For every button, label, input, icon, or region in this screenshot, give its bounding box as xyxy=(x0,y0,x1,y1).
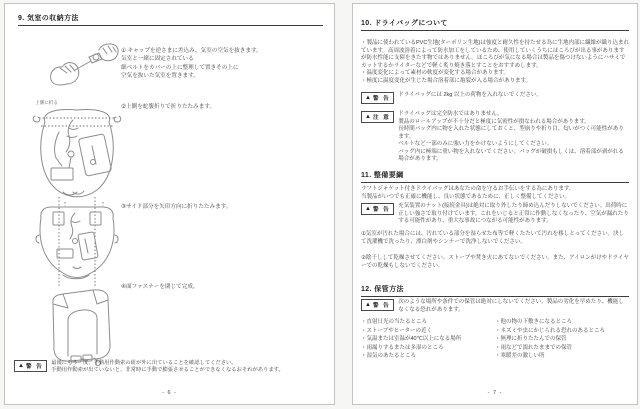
step-3-text: ③サイド部分を矢印方向に折りたたみます。 xyxy=(121,203,326,211)
storage-conditions-list: ・直射日光の当たるところ ・ストーブやヒーターの近く ・気温または室温が40℃以… xyxy=(361,318,629,361)
manual-spread: { "left_page": { "section9": { "title": … xyxy=(0,0,640,409)
section-9-title: 9. 気室の収納方法 xyxy=(18,13,323,26)
list-item: ・ネズミや虫にかじられる恐れのあるところ xyxy=(495,327,629,336)
drybag-weight-warning-text: ドライバッグには 2kg 以上の荷物を入れないでください。 xyxy=(398,92,542,100)
maintenance-item-1: ①気室が汚れた場合には、汚れている部分を湿らせた布等で軽くたたいて汚れを移しとっ… xyxy=(361,231,629,246)
list-item: ・直射日光の当たるところ xyxy=(361,318,495,327)
warning-badge: ▲ 警 告 xyxy=(14,360,47,372)
page-7: 10. ドライバッグについて ・製品に使われているPVC生地(ターポリン生地)は… xyxy=(352,3,638,405)
step-1-text: ① キャップを逆さまに差込み、気室の空気を抜きます。 気室と一緒に固定されている… xyxy=(121,47,326,81)
list-item: ・寒暖差の激しい所 xyxy=(495,352,629,361)
warning-triangle-icon: ▲ xyxy=(365,302,371,308)
warning-triangle-icon: ▲ xyxy=(365,114,371,120)
list-item: ・雨などで濡れたままでの保管 xyxy=(495,344,629,353)
section-11-title: 11. 整備要綱 xyxy=(361,170,629,183)
figure-folded-pouch-illustration xyxy=(41,284,117,371)
figure-deflate-valve-illustration xyxy=(47,42,121,97)
section-12-title: 12. 保管方法 xyxy=(361,284,629,297)
drybag-caution-text: ドライバッグは完全防水ではありません。 製品のロールアップが不十分だと極度に気密… xyxy=(398,111,629,164)
list-item: ・雨漏りするまたは多湿のところ xyxy=(361,344,495,353)
warning-badge: ▲ 警 告 xyxy=(361,203,394,215)
storage-list-left-column: ・直射日光の当たるところ ・ストーブやヒーターの近く ・気温または室温が40℃以… xyxy=(361,318,495,361)
page-6: 9. 気室の収納方法 ① キャップを逆さまに差込み、気室の空気を抜きます。 気室… xyxy=(4,3,335,405)
storage-warning: ▲ 警 告 次のような場所や条件での保管は絶対にしないでください。製品の劣化を早… xyxy=(361,299,629,314)
warning-badge-text: 警 告 xyxy=(26,362,43,370)
warning-badge-text: 警 告 xyxy=(373,301,390,309)
warning-badge-text: 警 告 xyxy=(373,205,390,213)
warning-badge-text: 警 告 xyxy=(373,94,390,102)
maintenance-intro: ラフトジャケット付きドライバッグはあなたの命を守るお手伝いをする為にあります。 … xyxy=(361,186,629,201)
final-check-warning: ▲ 警 告 最後にもう一度、手動用作動索の紐が外に出ていることを確認してください… xyxy=(14,360,328,375)
warning-triangle-icon: ▲ xyxy=(365,206,371,212)
side-fold-drawing xyxy=(33,197,121,289)
warning-triangle-icon: ▲ xyxy=(18,363,24,369)
list-item: ・湿気のあたるところ xyxy=(361,352,495,361)
page-number-6: - 6 - xyxy=(5,390,334,396)
list-item: ・気温または室温が40℃以上になる場所 xyxy=(361,335,495,344)
caution-badge-text: 注 意 xyxy=(373,113,390,121)
caution-badge: ▲ 注 意 xyxy=(361,111,394,123)
warning-triangle-icon: ▲ xyxy=(365,95,371,101)
maintenance-item-2: ②陰干しして乾燥させてください。ストーブや焚き火にあてないでください。また、アイ… xyxy=(361,255,629,270)
storage-warning-text: 次のような場所や条件での保管は絶対にしないでください。製品の劣化を早めたり、機能… xyxy=(398,299,629,314)
figure-side-fold-illustration xyxy=(33,197,121,294)
drybag-description: ・製品に使われているPVC生地(ターポリン生地)は強度と耐久性を持たせる為に生地… xyxy=(361,40,629,85)
page-number-7: - 7 - xyxy=(353,390,637,396)
folded-pouch-drawing xyxy=(41,284,117,366)
valve-nut-warning-text: 充気装置のナット(接続金具)は絶対に取り外したり締め込んだりしないでください。出… xyxy=(398,203,629,226)
deflate-valve-drawing xyxy=(47,42,121,92)
figure-open-bag-illustration: 上側に折る xyxy=(29,100,125,211)
fold-upper-side-label: 上側に折る xyxy=(35,100,58,106)
warning-badge: ▲ 警 告 xyxy=(361,299,394,311)
warning-badge: ▲ 警 告 xyxy=(361,92,394,104)
drybag-caution: ▲ 注 意 ドライバッグは完全防水ではありません。 製品のロールアップが不十分だ… xyxy=(361,111,629,164)
section-10-title: 10. ドライバッグについて xyxy=(361,18,629,31)
list-item: ・無理に折りたたんでの保管 xyxy=(495,335,629,344)
final-check-warning-text: 最後にもう一度、手動用作動索の紐が外に出ていることを確認してください。 手動用作… xyxy=(51,360,284,375)
step-2-text: ②上側を蛇腹折りで折りたたみます。 xyxy=(121,103,326,111)
storage-list-right-column: ・他の物の下敷きになるところ ・ネズミや虫にかじられる恐れのあるところ ・無理に… xyxy=(495,318,629,361)
list-item: ・他の物の下敷きになるところ xyxy=(495,318,629,327)
step-4-text: ④面ファスナーを閉じて完成。 xyxy=(121,283,326,291)
open-bag-drawing xyxy=(29,106,125,206)
valve-nut-warning: ▲ 警 告 充気装置のナット(接続金具)は絶対に取り外したり締め込んだりしないで… xyxy=(361,203,629,226)
list-item: ・ストーブやヒーターの近く xyxy=(361,327,495,336)
drybag-weight-warning: ▲ 警 告 ドライバッグには 2kg 以上の荷物を入れないでください。 xyxy=(361,92,629,104)
